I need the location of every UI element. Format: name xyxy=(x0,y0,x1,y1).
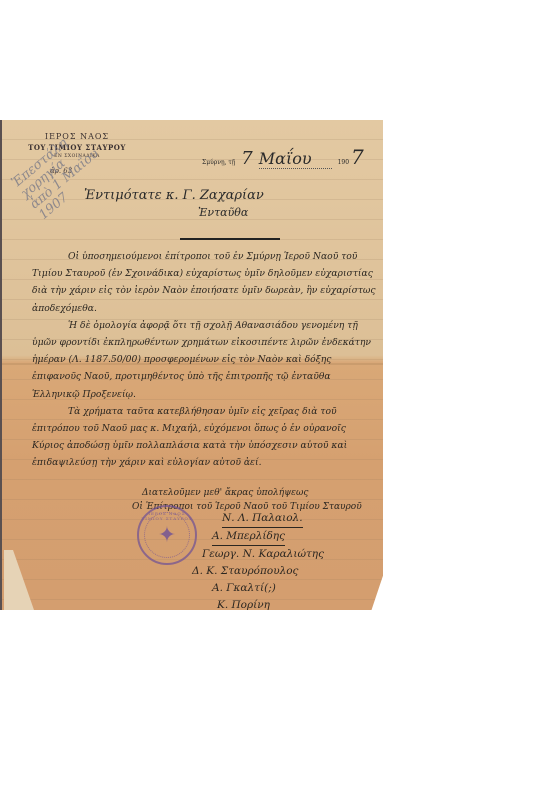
letter-body: Οἱ ὑποσημειούμενοι ἐπίτροποι τοῦ ἐν Σμύρ… xyxy=(32,248,377,472)
addressee-place: Ἐνταῦθα xyxy=(198,206,248,219)
signature: Δ. Κ. Σταυρόπουλος xyxy=(182,563,324,580)
signature: Γεωργ. Ν. Καραλιώτης xyxy=(182,546,324,563)
body-paragraph: Τὰ χρήματα ταῦτα κατεβλήθησαν ὑμῖν εἰς χ… xyxy=(32,403,377,472)
dateline: Σμύρνῃ, τῇ 7 Μαΐου 190 7 xyxy=(202,145,364,169)
signatures: Ν. Λ. Παλαιολ. Α. Μπερλίδης Γεωργ. Ν. Κα… xyxy=(182,510,324,614)
body-paragraph: Οἱ ὑποσημειούμενοι ἐπίτροποι τοῦ ἐν Σμύρ… xyxy=(32,248,377,317)
addressee-name: Ἐντιμότατε κ. Γ. Ζαχαρίαν xyxy=(84,188,264,203)
signature: Α. Γκαλτί(;) xyxy=(182,580,324,597)
letter-page: ΙΕΡΟΣ ΝΑΟΣ ΤΟΥ ΤΙΜΙΟΥ ΣΤΑΥΡΟΥ ΕΝ ΣΧΟΙΝΑΔ… xyxy=(0,120,383,610)
date-day: 7 xyxy=(241,148,252,169)
date-year-digit: 7 xyxy=(351,145,364,169)
pencil-margin-note: Ἐπεστάλη χορηγία ἀπὸ 1 Μαΐου 1907 xyxy=(10,84,170,234)
signature: Α. Μπερλίδης xyxy=(182,528,324,546)
signature: Κ. Πορίνη xyxy=(182,597,324,614)
date-year-prefix: 190 xyxy=(338,159,349,166)
addressee-underline xyxy=(180,238,280,240)
body-paragraph: Ἡ δὲ ὁμολογία ἀφορᾷ ὅτι τῇ σχολῇ Αθανασι… xyxy=(32,317,377,403)
closing-line-1: Διατελοῦμεν μεθ' ἄκρας ὑπολήψεως xyxy=(132,486,362,500)
date-city: Σμύρνῃ, τῇ xyxy=(202,159,235,166)
signature: Ν. Λ. Παλαιολ. xyxy=(182,510,324,528)
paper-fold-wedge xyxy=(4,550,34,610)
date-month: Μαΐου xyxy=(259,149,332,169)
